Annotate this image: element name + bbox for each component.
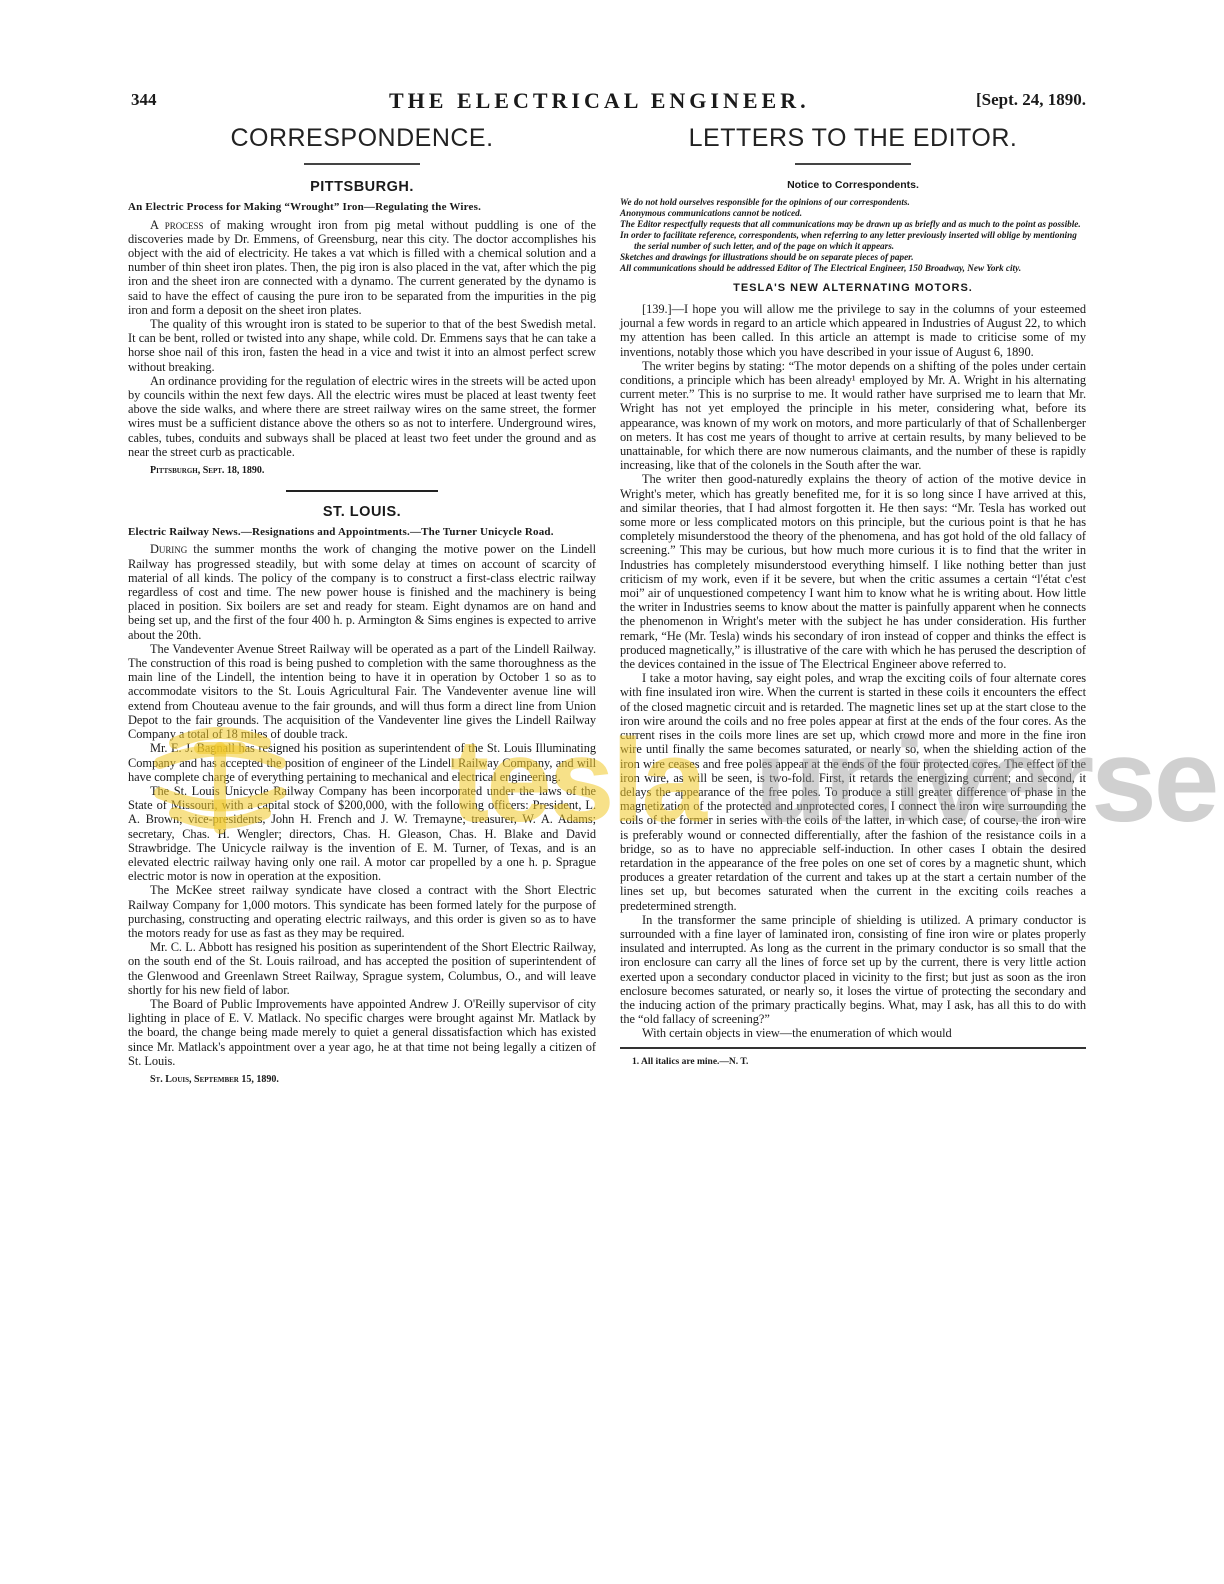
paragraph-text: of making wrought iron from pig metal wi… bbox=[128, 218, 596, 317]
footnote: 1. All italics are mine.—N. T. bbox=[632, 1057, 1086, 1067]
paragraph: The quality of this wrought iron is stat… bbox=[128, 317, 596, 374]
st-louis-article: ST. LOUIS. Electric Railway News.—Resign… bbox=[128, 504, 596, 1085]
page-number: 344 bbox=[131, 90, 157, 110]
dateline: Pittsburgh, Sept. 18, 1890. bbox=[150, 465, 596, 476]
notice-line: In order to facilitate reference, corres… bbox=[620, 230, 1086, 252]
publication-title: THE ELECTRICAL ENGINEER. bbox=[389, 88, 810, 114]
newspaper-page: 344 THE ELECTRICAL ENGINEER. [Sept. 24, … bbox=[0, 0, 1224, 1584]
notice-to-correspondents: Notice to Correspondents. We do not hold… bbox=[620, 179, 1086, 274]
article-subhead: An Electric Process for Making “Wrought”… bbox=[128, 201, 596, 214]
lead-word: A process bbox=[150, 218, 203, 232]
paragraph: I take a motor having, say eight poles, … bbox=[620, 671, 1086, 912]
left-column: CORRESPONDENCE. PITTSBURGH. An Electric … bbox=[128, 120, 596, 1085]
pittsburgh-article: PITTSBURGH. An Electric Process for Maki… bbox=[128, 179, 596, 476]
notice-line: Anonymous communications cannot be notic… bbox=[620, 208, 1086, 219]
paragraph: With certain objects in view—the enumera… bbox=[620, 1026, 1086, 1040]
article-subhead: Electric Railway News.—Resignations and … bbox=[128, 526, 596, 539]
masthead: 344 THE ELECTRICAL ENGINEER. [Sept. 24, … bbox=[131, 88, 1086, 114]
paragraph: The writer then good-naturedly explains … bbox=[620, 472, 1086, 671]
dateline: St. Louis, September 15, 1890. bbox=[150, 1074, 596, 1085]
city-heading: ST. LOUIS. bbox=[128, 504, 596, 520]
notice-line: Sketches and drawings for illustrations … bbox=[620, 252, 1086, 263]
footnote-divider bbox=[620, 1047, 1086, 1049]
divider bbox=[286, 490, 438, 492]
right-column: LETTERS TO THE EDITOR. Notice to Corresp… bbox=[620, 120, 1086, 1067]
city-heading: PITTSBURGH. bbox=[128, 179, 596, 195]
article-title: TESLA'S NEW ALTERNATING MOTORS. bbox=[620, 282, 1086, 294]
paragraph: An ordinance providing for the regulatio… bbox=[128, 374, 596, 459]
paragraph: The St. Louis Unicycle Railway Company h… bbox=[128, 784, 596, 883]
divider bbox=[795, 163, 911, 165]
section-title-correspondence: CORRESPONDENCE. bbox=[128, 124, 596, 153]
issue-date: [Sept. 24, 1890. bbox=[976, 90, 1086, 110]
notice-title: Notice to Correspondents. bbox=[620, 179, 1086, 191]
tesla-letter: TESLA'S NEW ALTERNATING MOTORS. [139.]—I… bbox=[620, 282, 1086, 1067]
paragraph: A process of making wrought iron from pi… bbox=[128, 218, 596, 317]
notice-line: We do not hold ourselves responsible for… bbox=[620, 197, 1086, 208]
notice-line: The Editor respectfully requests that al… bbox=[620, 219, 1086, 230]
paragraph: The McKee street railway syndicate have … bbox=[128, 883, 596, 940]
divider bbox=[304, 163, 420, 165]
paragraph: The writer begins by stating: “The motor… bbox=[620, 359, 1086, 473]
paragraph: The Vandeventer Avenue Street Railway wi… bbox=[128, 642, 596, 741]
paragraph-text: the summer months the work of changing t… bbox=[128, 542, 596, 641]
lead-word: During bbox=[150, 542, 187, 556]
paragraph: The Board of Public Improvements have ap… bbox=[128, 997, 596, 1068]
paragraph: In the transformer the same principle of… bbox=[620, 913, 1086, 1027]
paragraph: Mr. C. L. Abbott has resigned his positi… bbox=[128, 940, 596, 997]
paragraph: During the summer months the work of cha… bbox=[128, 542, 596, 641]
section-title-letters: LETTERS TO THE EDITOR. bbox=[620, 124, 1086, 153]
paragraph: Mr. E. J. Bagnall has resigned his posit… bbox=[128, 741, 596, 784]
notice-line: All communications should be addressed E… bbox=[620, 263, 1086, 274]
paragraph: [139.]—I hope you will allow me the priv… bbox=[620, 302, 1086, 359]
